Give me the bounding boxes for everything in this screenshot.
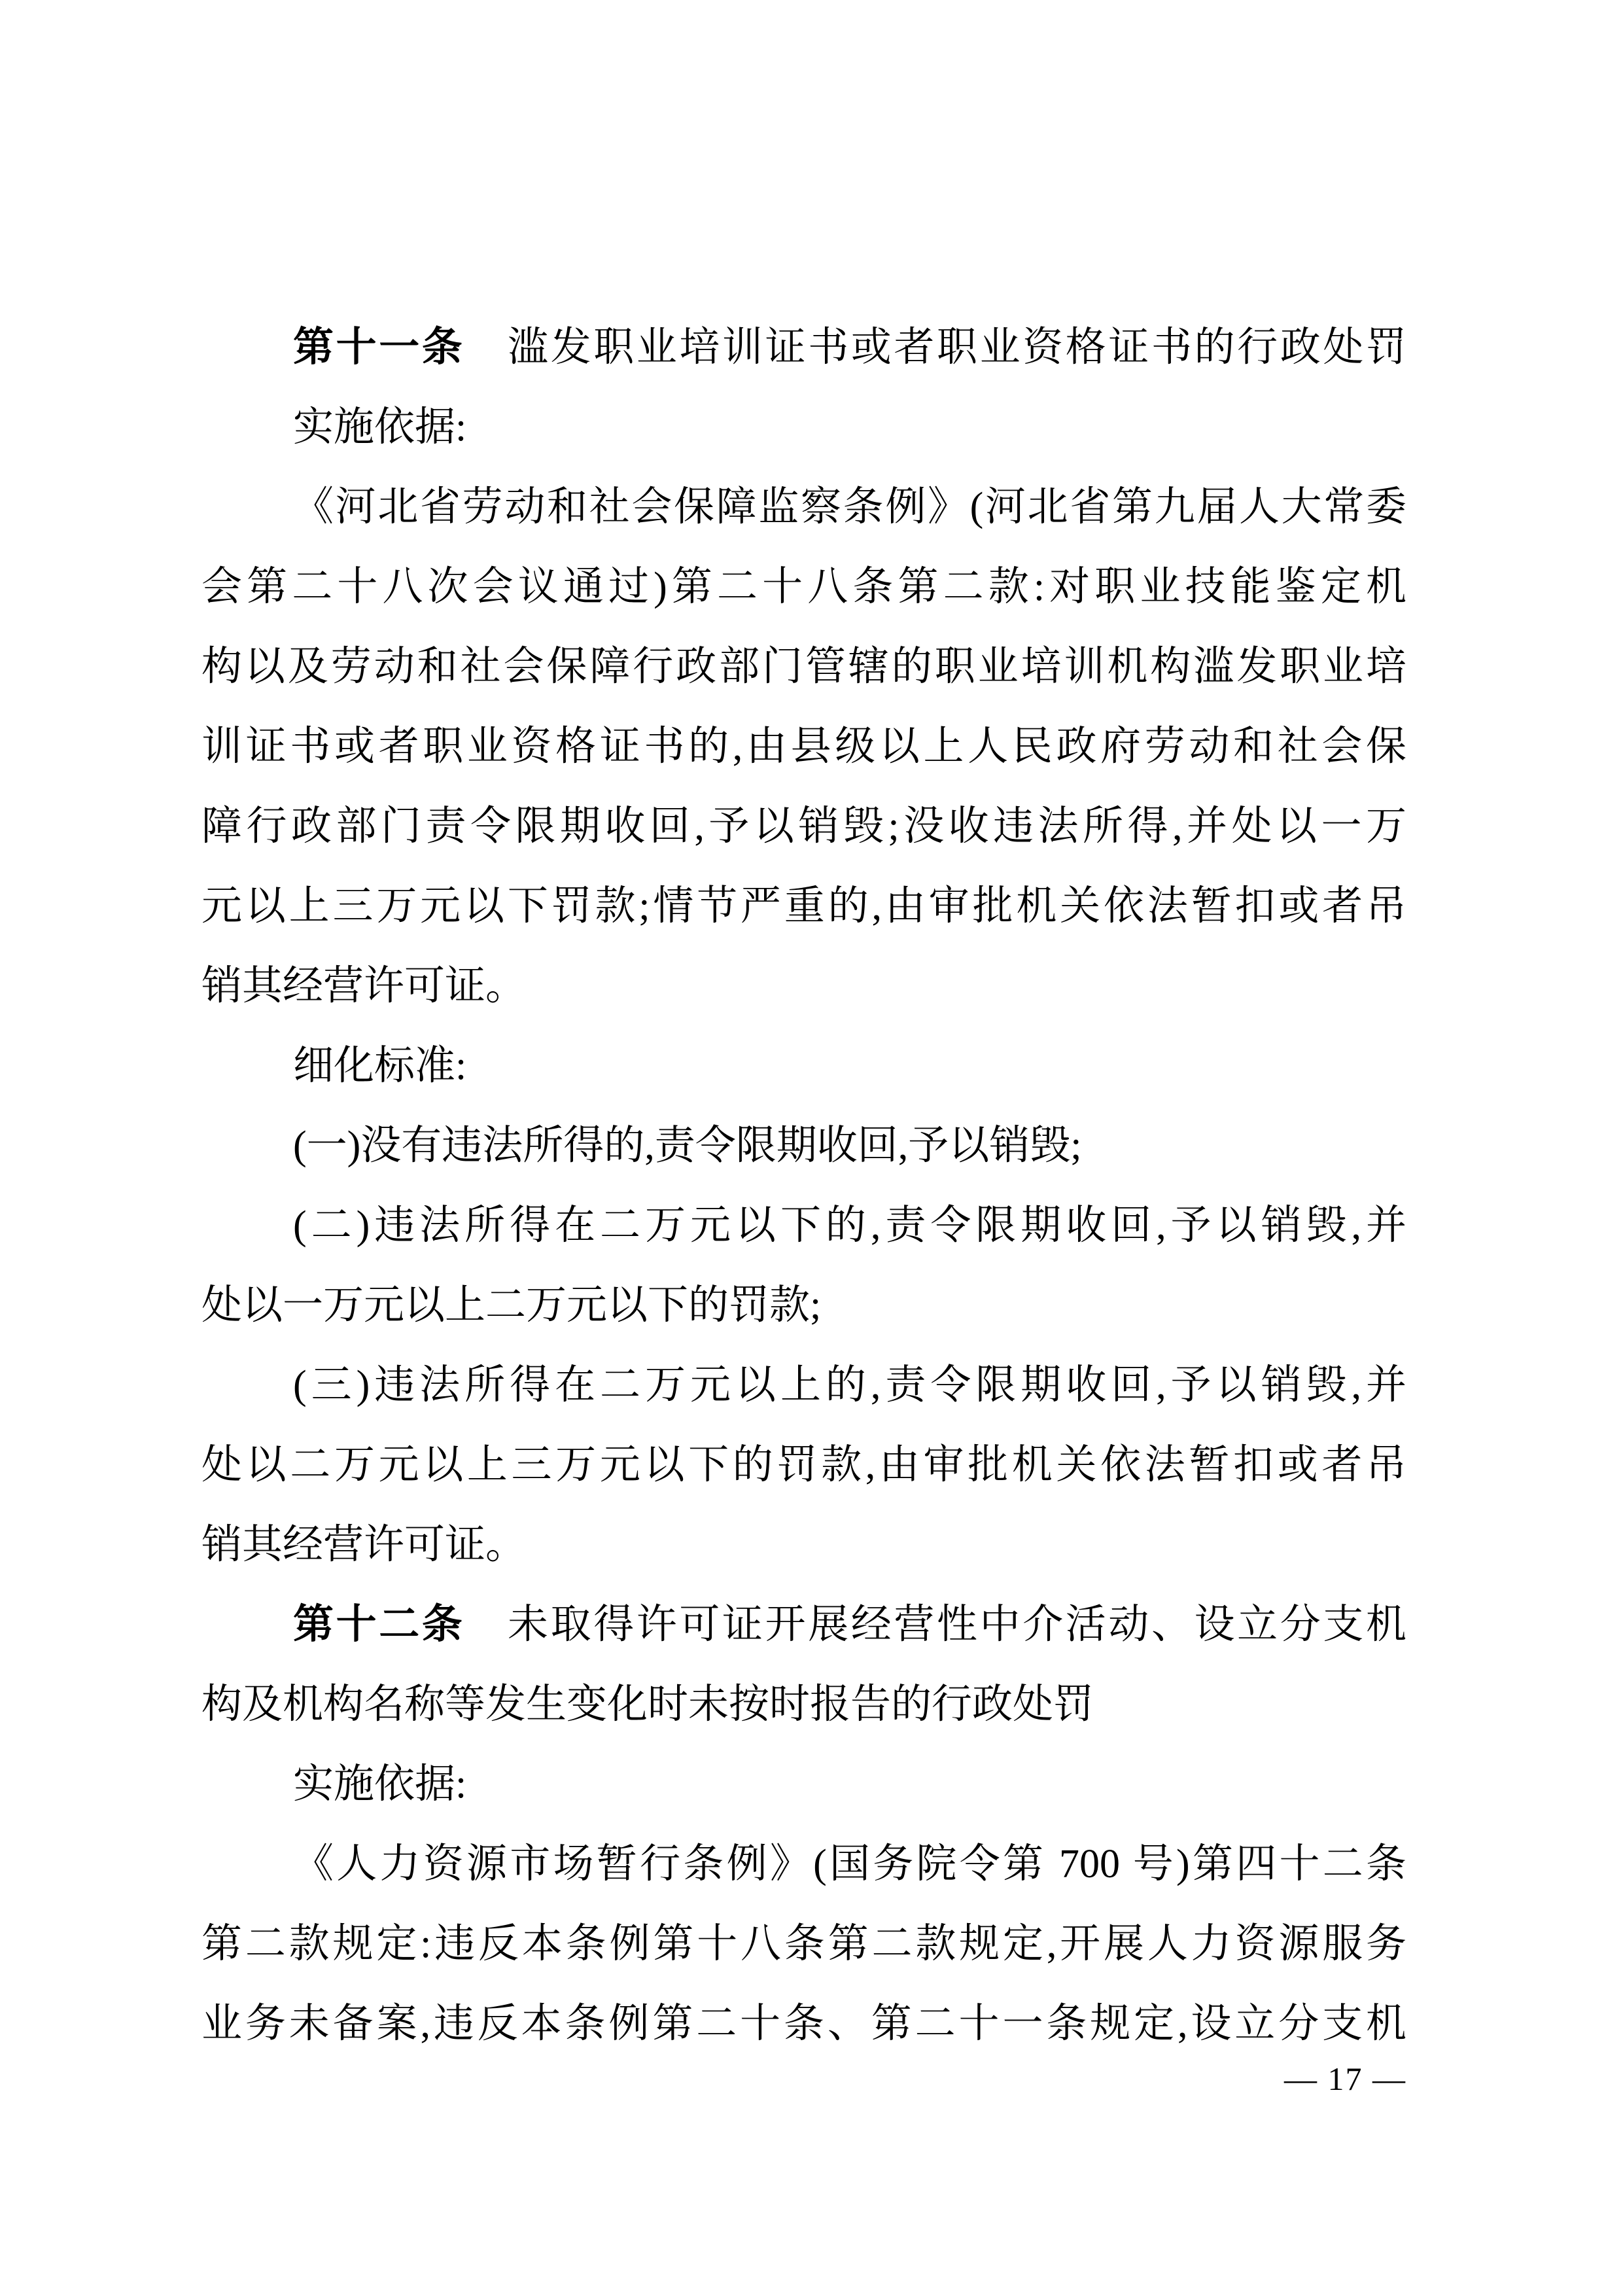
text-line: 第二款规定:违反本条例第十八条第二款规定,开展人力资源服务 (201, 1904, 1406, 1984)
line-text: 《人力资源市场暂行条例》(国务院令第 700 号)第四十二条 (293, 1842, 1406, 1886)
text-line: 会第二十八次会议通过)第二十八条第二款:对职业技能鉴定机 (201, 547, 1406, 627)
text-line: 销其经营许可证。 (201, 1505, 1406, 1585)
text-line: (三)违法所得在二万元以上的,责令限期收回,予以销毁,并 (201, 1345, 1406, 1425)
text-line: 第十二条 未取得许可证开展经营性中介活动、设立分支机 (201, 1585, 1406, 1665)
line-text: 处以一万元以上二万元以下的罚款; (201, 1283, 821, 1328)
line-text: 训证书或者职业资格证书的,由县级以上人民政府劳动和社会保 (201, 724, 1406, 769)
line-text: 销其经营许可证。 (201, 1523, 526, 1567)
text-line: 训证书或者职业资格证书的,由县级以上人民政府劳动和社会保 (201, 707, 1406, 786)
article-number: 第十二条 (293, 1602, 464, 1647)
line-text: (三)违法所得在二万元以上的,责令限期收回,予以销毁,并 (293, 1363, 1406, 1407)
text-line: 销其经营许可证。 (201, 946, 1406, 1026)
line-text: 处以二万元以上三万元以下的罚款,由审批机关依法暂扣或者吊 (201, 1443, 1406, 1487)
line-text: 障行政部门责令限期收回,予以销毁;没收违法所得,并处以一万 (201, 804, 1406, 849)
line-text: 构及机构名称等发生变化时未按时报告的行政处罚 (201, 1682, 1094, 1727)
text-line: 业务未备案,违反本条例第二十条、第二十一条规定,设立分支机 (201, 1984, 1406, 2064)
line-text: 未取得许可证开展经营性中介活动、设立分支机 (464, 1602, 1406, 1647)
page-number: — 17 — (1284, 2060, 1406, 2098)
line-text: 实施依据: (293, 1762, 466, 1807)
text-line: 障行政部门责令限期收回,予以销毁;没收违法所得,并处以一万 (201, 786, 1406, 866)
text-line: 细化标准: (201, 1026, 1406, 1106)
text-line: 元以上三万元以下罚款;情节严重的,由审批机关依法暂扣或者吊 (201, 866, 1406, 946)
text-line: 第十一条 滥发职业培训证书或者职业资格证书的行政处罚 (201, 308, 1406, 387)
line-text: 构以及劳动和社会保障行政部门管辖的职业培训机构滥发职业培 (201, 645, 1406, 689)
document-body: 第十一条 滥发职业培训证书或者职业资格证书的行政处罚 实施依据: 《河北省劳动和… (201, 308, 1406, 2064)
line-text: 元以上三万元以下罚款;情节严重的,由审批机关依法暂扣或者吊 (201, 884, 1406, 928)
line-text: (二)违法所得在二万元以下的,责令限期收回,予以销毁,并 (293, 1203, 1406, 1248)
line-text: 第二款规定:违反本条例第十八条第二款规定,开展人力资源服务 (201, 1922, 1406, 1966)
text-line: 《河北省劳动和社会保障监察条例》(河北省第九届人大常委 (201, 467, 1406, 547)
text-line: 构及机构名称等发生变化时未按时报告的行政处罚 (201, 1665, 1406, 1744)
text-line: 处以二万元以上三万元以下的罚款,由审批机关依法暂扣或者吊 (201, 1425, 1406, 1505)
line-text: 销其经营许可证。 (201, 964, 526, 1008)
line-text: 业务未备案,违反本条例第二十条、第二十一条规定,设立分支机 (201, 2002, 1406, 2046)
document-page: 第十一条 滥发职业培训证书或者职业资格证书的行政处罚 实施依据: 《河北省劳动和… (0, 0, 1623, 2296)
text-line: 处以一万元以上二万元以下的罚款; (201, 1265, 1406, 1345)
text-line: 《人力资源市场暂行条例》(国务院令第 700 号)第四十二条 (201, 1824, 1406, 1904)
text-line: 实施依据: (201, 1744, 1406, 1824)
line-text: 实施依据: (293, 405, 466, 450)
line-text: 会第二十八次会议通过)第二十八条第二款:对职业技能鉴定机 (201, 565, 1406, 609)
article-number: 第十一条 (293, 325, 464, 370)
line-text: 细化标准: (293, 1044, 466, 1088)
text-line: 实施依据: (201, 387, 1406, 467)
line-text: 滥发职业培训证书或者职业资格证书的行政处罚 (464, 325, 1406, 370)
line-text: (一)没有违法所得的,责令限期收回,予以销毁; (293, 1123, 1082, 1168)
text-line: 构以及劳动和社会保障行政部门管辖的职业培训机构滥发职业培 (201, 627, 1406, 707)
text-line: (二)违法所得在二万元以下的,责令限期收回,予以销毁,并 (201, 1186, 1406, 1265)
line-text: 《河北省劳动和社会保障监察条例》(河北省第九届人大常委 (293, 485, 1406, 529)
text-line: (一)没有违法所得的,责令限期收回,予以销毁; (201, 1106, 1406, 1186)
